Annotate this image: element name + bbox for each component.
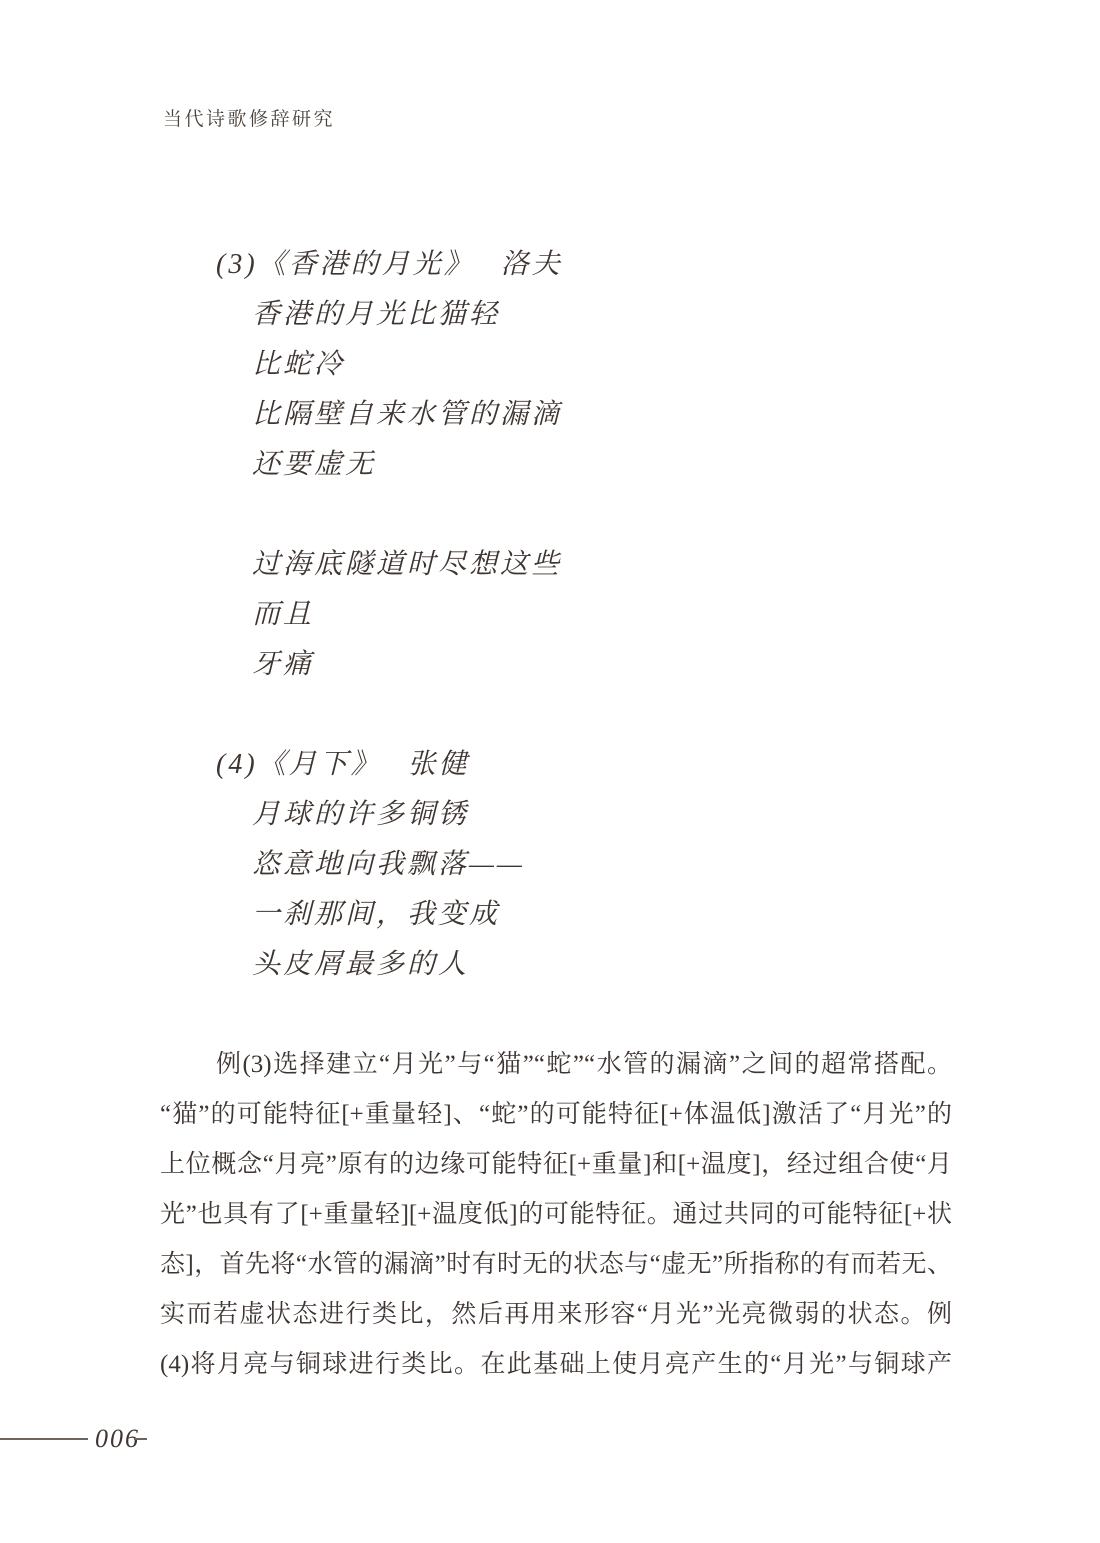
paragraph-line: 例(3)选择建立“月光”与“猫”“蛇”“水管的漏滴”之间的超常搭配。 — [160, 1040, 952, 1090]
poem-line: 头皮屑最多的人 — [160, 940, 952, 990]
paragraph-line: 实而若虚状态进行类比，然后再用来形容“月光”光亮微弱的状态。例 — [160, 1290, 952, 1340]
page-content: (3)《香港的月光》洛夫 香港的月光比猫轻 比蛇冷 比隔壁自来水管的漏滴 还要虚… — [160, 240, 952, 1390]
poem-line: 比蛇冷 — [160, 340, 952, 390]
paragraph-line: (4)将月亮与铜球进行类比。在此基础上使月亮产生的“月光”与铜球产 — [160, 1340, 952, 1390]
poem-author: 张健 — [408, 749, 470, 780]
poem-line: 恣意地向我飘落—— — [160, 840, 952, 890]
poem-title-row: (3)《香港的月光》洛夫 — [160, 240, 952, 290]
paragraph-line: 光”也具有了[+重量轻][+温度低]的可能特征。通过共同的可能特征[+状 — [160, 1190, 952, 1240]
poem-line: 牙痛 — [160, 640, 952, 690]
poem-line: 比隔壁自来水管的漏滴 — [160, 390, 952, 440]
analysis-paragraph: 例(3)选择建立“月光”与“猫”“蛇”“水管的漏滴”之间的超常搭配。 “猫”的可… — [160, 1040, 952, 1390]
paragraph-line: 态]，首先将“水管的漏滴”时有时无的状态与“虚无”所指称的有而若无、 — [160, 1240, 952, 1290]
poem-stanza: 过海底隧道时尽想这些 而且 牙痛 — [160, 540, 952, 690]
poem-title-row: (4)《月下》张健 — [160, 740, 952, 790]
poem-example-4: (4)《月下》张健 月球的许多铜锈 恣意地向我飘落—— 一刹那间，我变成 头皮屑… — [160, 740, 952, 990]
paragraph-line: “猫”的可能特征[+重量轻]、“蛇”的可能特征[+体温低]激活了“月光”的 — [160, 1090, 952, 1140]
book-page: 当代诗歌修辞研究 (3)《香港的月光》洛夫 香港的月光比猫轻 比蛇冷 比隔壁自来… — [0, 0, 1100, 1543]
poem-author: 洛夫 — [501, 249, 563, 280]
poem-example-3: (3)《香港的月光》洛夫 香港的月光比猫轻 比蛇冷 比隔壁自来水管的漏滴 还要虚… — [160, 240, 952, 690]
running-header: 当代诗歌修辞研究 — [163, 104, 335, 131]
poem-title: (4)《月下》 — [216, 749, 382, 780]
footer-dash — [134, 1438, 147, 1440]
poem-stanza: 月球的许多铜锈 恣意地向我飘落—— 一刹那间，我变成 头皮屑最多的人 — [160, 790, 952, 990]
poem-line: 过海底隧道时尽想这些 — [160, 540, 952, 590]
paragraph-line: 上位概念“月亮”原有的边缘可能特征[+重量]和[+温度]，经过组合使“月 — [160, 1140, 952, 1190]
poem-line: 月球的许多铜锈 — [160, 790, 952, 840]
footer-rule — [0, 1438, 88, 1440]
poem-stanza: 香港的月光比猫轻 比蛇冷 比隔壁自来水管的漏滴 还要虚无 — [160, 290, 952, 490]
poem-line: 而且 — [160, 590, 952, 640]
poem-line: 香港的月光比猫轻 — [160, 290, 952, 340]
poem-line: 一刹那间，我变成 — [160, 890, 952, 940]
poem-line: 还要虚无 — [160, 440, 952, 490]
stanza-gap — [160, 490, 952, 540]
poem-title: (3)《香港的月光》 — [216, 249, 475, 280]
poem-gap — [160, 690, 952, 740]
